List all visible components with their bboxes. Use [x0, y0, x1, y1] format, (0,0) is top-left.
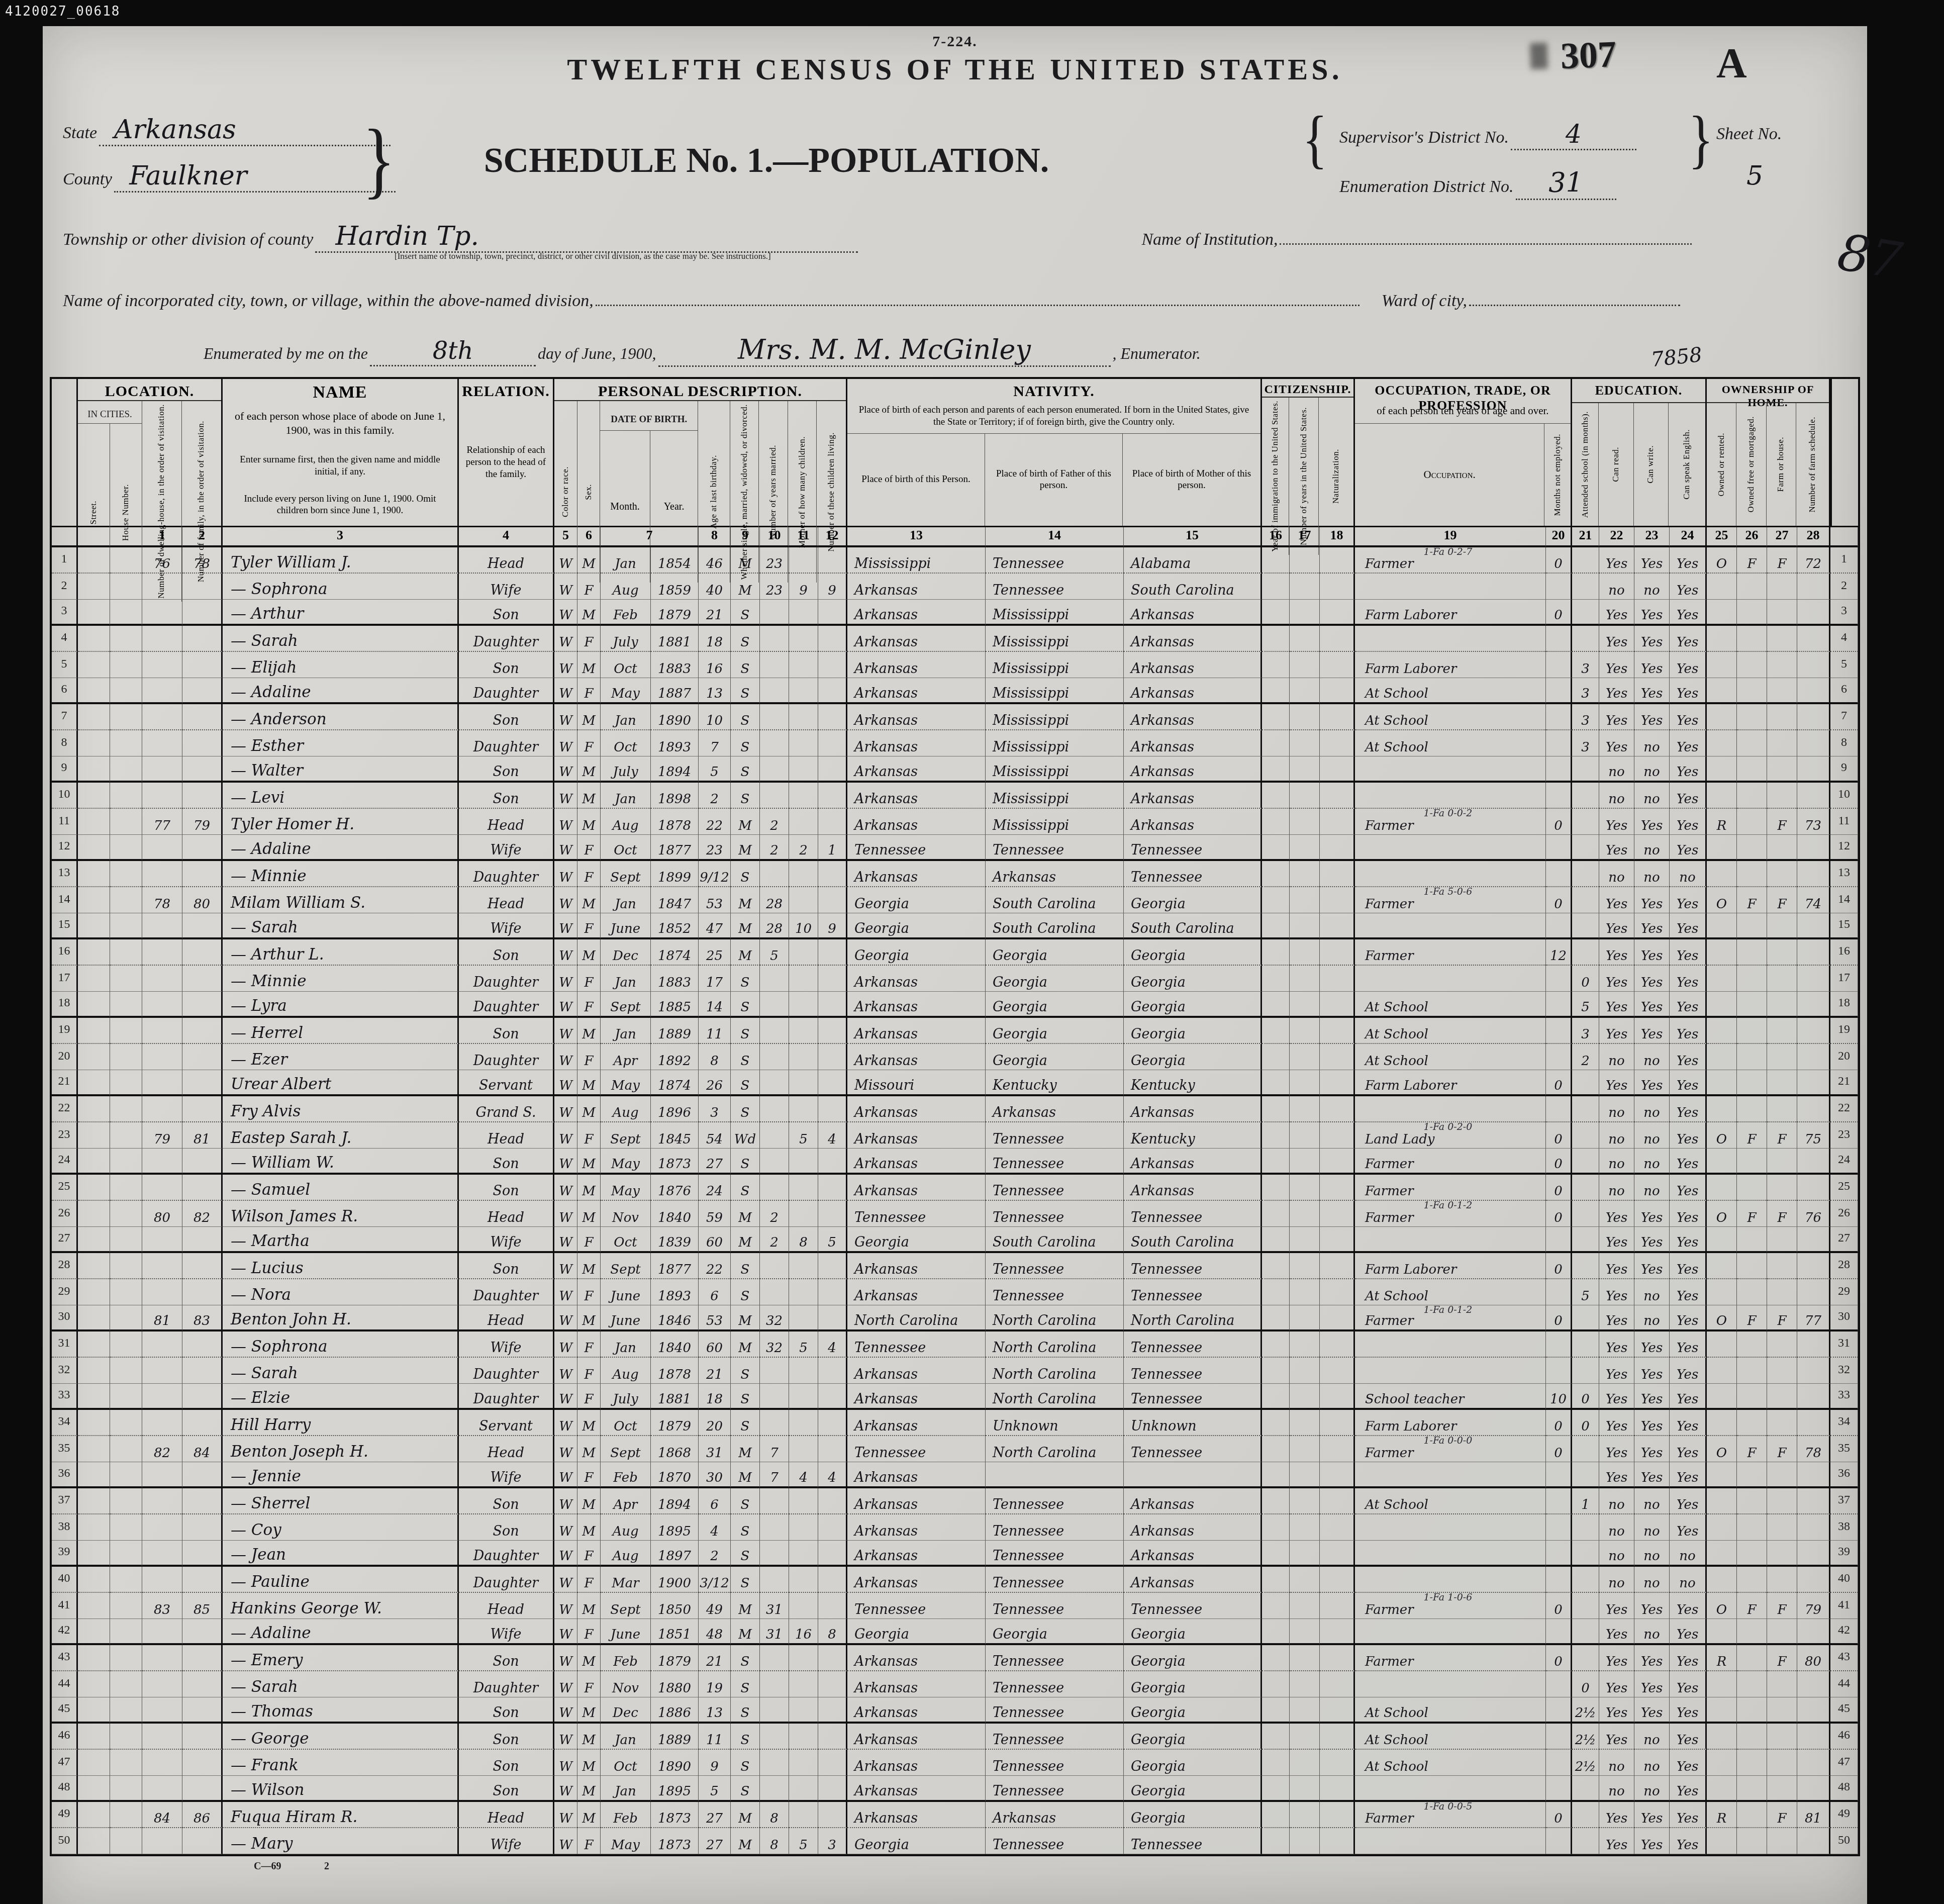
birthplace: Missouri	[847, 1070, 986, 1096]
mother-of-children	[789, 1567, 818, 1593]
person-name: — Sophrona	[223, 574, 459, 600]
can-speak-english: Yes	[1670, 756, 1707, 783]
family-number: 81	[182, 1122, 223, 1149]
form-number: 7-224.	[932, 33, 978, 50]
owned-free-or-mortgaged	[1737, 1828, 1767, 1854]
col-26-header: Owned free or mortgaged.	[1736, 403, 1766, 526]
col-13-header: Place of birth of this Person.	[847, 434, 985, 526]
street	[78, 1724, 110, 1750]
attended-school	[1572, 626, 1599, 652]
farm-schedule-label: Number of farm schedule.	[1807, 414, 1818, 515]
family-number	[182, 913, 223, 939]
owned-or-rented	[1707, 1776, 1737, 1802]
sex: M	[577, 1776, 601, 1802]
mother-birthplace: Georgia	[1124, 1750, 1262, 1776]
mother-birthplace: Arkansas	[1124, 783, 1262, 809]
person-name: — Sophrona	[223, 1331, 459, 1358]
group-citizenship-title: CITIZENSHIP.	[1262, 379, 1353, 397]
street	[78, 992, 110, 1018]
owned-or-rented	[1707, 574, 1737, 600]
line-number: 4	[1830, 626, 1858, 652]
can-speak-english: Yes	[1670, 730, 1707, 756]
person-name: — Nora	[223, 1279, 459, 1305]
farm-or-house	[1767, 1619, 1797, 1645]
column-number: 6	[577, 527, 601, 547]
sex: F	[577, 574, 601, 600]
attended-school: 5	[1572, 992, 1599, 1018]
dwelling-number: 83	[142, 1593, 182, 1619]
months-not-employed-label: Months not employed.	[1552, 431, 1563, 519]
city-value	[596, 305, 1359, 306]
color-race: W	[554, 1410, 577, 1436]
mother-of-children	[789, 1488, 818, 1514]
years-in-us	[1290, 1645, 1320, 1671]
farm-schedule-number: 76	[1797, 1201, 1830, 1227]
sex: M	[577, 1201, 601, 1227]
birth-year: 1868	[651, 1436, 699, 1462]
birth-month: Apr	[601, 1488, 651, 1514]
farm-schedule-number	[1797, 1096, 1830, 1122]
relation: Son	[459, 600, 554, 626]
marital-status: S	[731, 1149, 760, 1175]
naturalization	[1320, 1410, 1355, 1436]
marital-status: M	[731, 939, 760, 966]
line-number: 21	[52, 1070, 78, 1096]
column-blank	[78, 527, 110, 547]
line-number: 17	[1830, 966, 1858, 992]
owned-or-rented	[1707, 1227, 1737, 1253]
can-read: Yes	[1599, 1358, 1634, 1384]
line-number: 13	[1830, 861, 1858, 887]
can-speak-english: Yes	[1670, 1201, 1707, 1227]
marital-status: S	[731, 1645, 760, 1671]
naturalization	[1320, 835, 1355, 861]
relation: Daughter	[459, 1567, 554, 1593]
naturalization	[1320, 1149, 1355, 1175]
mother-of-children: 5	[789, 1828, 818, 1854]
birthplace: Arkansas	[847, 992, 986, 1018]
farm-or-house: F	[1767, 1645, 1797, 1671]
column-number: 7	[601, 527, 699, 547]
margin-handwritten-number: 87	[1834, 223, 1906, 291]
street	[78, 1096, 110, 1122]
can-write: Yes	[1634, 1384, 1670, 1410]
relation: Son	[459, 1018, 554, 1044]
years-in-us	[1290, 1358, 1320, 1384]
months-not-employed	[1546, 835, 1572, 861]
name-note-1: of each person whose place of abode on J…	[223, 402, 457, 439]
pob-person-label: Place of birth of this Person.	[861, 473, 970, 486]
dwelling-number	[142, 1462, 182, 1488]
age: 13	[699, 678, 731, 704]
dwelling-number	[142, 1044, 182, 1070]
birth-year: 1890	[651, 1750, 699, 1776]
can-speak-english: Yes	[1670, 704, 1707, 730]
street	[78, 939, 110, 966]
occupation	[1355, 1567, 1546, 1593]
birth-month: Jan	[601, 887, 651, 913]
age-label: Age at last birthday.	[709, 452, 719, 532]
occupation-text: At School	[1365, 1290, 1428, 1303]
years-married: 23	[760, 547, 789, 574]
mother-birthplace: Arkansas	[1124, 1514, 1262, 1541]
birth-month: Sept	[601, 861, 651, 887]
months-not-employed	[1546, 1044, 1572, 1070]
marital-status: S	[731, 652, 760, 678]
age: 7	[699, 730, 731, 756]
months-not-employed	[1546, 626, 1572, 652]
ward-value	[1469, 305, 1680, 306]
mother-birthplace: Tennessee	[1124, 835, 1262, 861]
owned-or-rented	[1707, 1671, 1737, 1697]
farm-or-house	[1767, 1567, 1797, 1593]
attended-school	[1572, 1227, 1599, 1253]
county-value: Faulkner	[114, 161, 396, 193]
family-number	[182, 835, 223, 861]
birth-month: Oct	[601, 730, 651, 756]
can-read: no	[1599, 783, 1634, 809]
street	[78, 1514, 110, 1541]
naturalization	[1320, 678, 1355, 704]
farm-or-house	[1767, 1096, 1797, 1122]
line-number: 42	[52, 1619, 78, 1645]
farm-or-house	[1767, 835, 1797, 861]
age: 23	[699, 835, 731, 861]
color-race: W	[554, 1305, 577, 1331]
birthplace: Arkansas	[847, 574, 986, 600]
relation: Daughter	[459, 626, 554, 652]
marital-status: M	[731, 1436, 760, 1462]
owned-free-or-mortgaged	[1737, 1541, 1767, 1567]
naturalization	[1320, 1253, 1355, 1279]
children-living	[818, 861, 847, 887]
father-birthplace: North Carolina	[986, 1384, 1124, 1410]
street	[78, 1776, 110, 1802]
naturalization	[1320, 1567, 1355, 1593]
family-number	[182, 1645, 223, 1671]
sheet-side-letter: A	[1716, 39, 1747, 88]
immigration-year	[1262, 1514, 1290, 1541]
mother-of-children: 16	[789, 1619, 818, 1645]
farm-schedule-number	[1797, 1410, 1830, 1436]
immigration-year	[1262, 678, 1290, 704]
line-number: 50	[1830, 1828, 1858, 1854]
can-speak-english: Yes	[1670, 783, 1707, 809]
person-name: Fuqua Hiram R.	[223, 1802, 459, 1828]
occupation: 1-Fa 0-0-5Farmer	[1355, 1802, 1546, 1828]
can-speak-english: Yes	[1670, 1044, 1707, 1070]
occupation-text: Farm Laborer	[1365, 1079, 1456, 1092]
years-married-label: Number of years married.	[768, 442, 779, 542]
line-number	[52, 527, 78, 547]
street	[78, 966, 110, 992]
street	[78, 1410, 110, 1436]
birth-year: 1879	[651, 1645, 699, 1671]
printer-mark-2: 2	[324, 1861, 329, 1872]
family-number	[182, 756, 223, 783]
age: 49	[699, 1593, 731, 1619]
line-number: 24	[1830, 1149, 1858, 1175]
family-number: 82	[182, 1201, 223, 1227]
relation: Son	[459, 652, 554, 678]
dwelling-number	[142, 1828, 182, 1854]
owned-or-rented: O	[1707, 1436, 1737, 1462]
relation: Daughter	[459, 678, 554, 704]
family-number: 86	[182, 1802, 223, 1828]
mother-birthplace: Kentucky	[1124, 1070, 1262, 1096]
owned-free-or-mortgaged: F	[1737, 1593, 1767, 1619]
relation: Wife	[459, 835, 554, 861]
farm-or-house	[1767, 1671, 1797, 1697]
months-not-employed	[1546, 913, 1572, 939]
age: 21	[699, 1645, 731, 1671]
occupation-text: Farmer	[1365, 1211, 1414, 1224]
birthplace: Arkansas	[847, 1671, 986, 1697]
mother-birthplace: Georgia	[1124, 1619, 1262, 1645]
father-birthplace: North Carolina	[986, 1305, 1124, 1331]
house-number	[110, 1279, 142, 1305]
mother-birthplace: Arkansas	[1124, 1567, 1262, 1593]
years-in-us	[1290, 730, 1320, 756]
line-number: 47	[52, 1750, 78, 1776]
supervisor-label: Supervisor's District No.	[1339, 128, 1509, 147]
street	[78, 1671, 110, 1697]
can-write: no	[1634, 1541, 1670, 1567]
sex: F	[577, 992, 601, 1018]
mother-birthplace: Georgia	[1124, 1671, 1262, 1697]
house-number	[110, 913, 142, 939]
owned-or-rented: O	[1707, 1201, 1737, 1227]
family-number	[182, 966, 223, 992]
months-not-employed	[1546, 992, 1572, 1018]
occupation: 1-Fa 0-1-2Farmer	[1355, 1201, 1546, 1227]
mother-birthplace: Georgia	[1124, 992, 1262, 1018]
months-not-employed	[1546, 1541, 1572, 1567]
birth-month: July	[601, 756, 651, 783]
farm-or-house	[1767, 1358, 1797, 1384]
birthplace: Arkansas	[847, 652, 986, 678]
naturalization	[1320, 1331, 1355, 1358]
occupation-text: Farmer	[1365, 1603, 1414, 1616]
person-name: — Mary	[223, 1828, 459, 1854]
age: 16	[699, 652, 731, 678]
farm-schedule-number	[1797, 1750, 1830, 1776]
can-read: Yes	[1599, 1331, 1634, 1358]
farm-schedule-number: 80	[1797, 1645, 1830, 1671]
age: 11	[699, 1724, 731, 1750]
occupation	[1355, 574, 1546, 600]
can-speak-english: Yes	[1670, 1175, 1707, 1201]
occupation-text: Land Lady	[1365, 1133, 1435, 1146]
dwelling-number: 81	[142, 1305, 182, 1331]
dwelling-number	[142, 730, 182, 756]
relation: Head	[459, 887, 554, 913]
color-race: W	[554, 1122, 577, 1149]
farm-schedule-number	[1797, 1253, 1830, 1279]
attended-school	[1572, 1096, 1599, 1122]
immigration-year	[1262, 1096, 1290, 1122]
age: 40	[699, 574, 731, 600]
house-number	[110, 1802, 142, 1828]
can-write: no	[1634, 1096, 1670, 1122]
left-brace: }	[362, 111, 395, 209]
birthplace: Tennessee	[847, 1593, 986, 1619]
birthplace: Arkansas	[847, 1175, 986, 1201]
line-number-column-header	[52, 379, 78, 526]
farm-or-house	[1767, 1514, 1797, 1541]
pob-father-label: Place of birth of Father of this person.	[990, 468, 1117, 492]
line-number: 48	[52, 1776, 78, 1802]
person-name: Fry Alvis	[223, 1096, 459, 1122]
can-speak-english: Yes	[1670, 1410, 1707, 1436]
farm-schedule-number	[1797, 1724, 1830, 1750]
years-married	[760, 1541, 789, 1567]
immigration-year	[1262, 1331, 1290, 1358]
immigration-year	[1262, 1724, 1290, 1750]
months-not-employed	[1546, 652, 1572, 678]
birthplace: Tennessee	[847, 1331, 986, 1358]
can-speak-english: Yes	[1670, 1096, 1707, 1122]
birthplace: Arkansas	[847, 1488, 986, 1514]
can-speak-english: Yes	[1670, 992, 1707, 1018]
can-read: Yes	[1599, 887, 1634, 913]
attended-school	[1572, 861, 1599, 887]
column-number: 23	[1634, 527, 1670, 547]
marital-status: M	[731, 913, 760, 939]
farm-or-house	[1767, 1488, 1797, 1514]
years-in-us	[1290, 1122, 1320, 1149]
col-24-header: Can speak English.	[1669, 403, 1705, 526]
owned-free-or-mortgaged	[1737, 1384, 1767, 1410]
line-number: 13	[52, 861, 78, 887]
person-name: — Sarah	[223, 1358, 459, 1384]
birth-year: 1878	[651, 809, 699, 835]
attended-school: 3	[1572, 730, 1599, 756]
owned-or-rented	[1707, 835, 1737, 861]
occupation: 1-Fa 0-2-7Farmer	[1355, 547, 1546, 574]
owned-or-rented	[1707, 1828, 1737, 1854]
years-in-us	[1290, 1044, 1320, 1070]
owned-free-mortgaged-label: Owned free or mortgaged.	[1746, 413, 1757, 515]
farm-or-house	[1767, 992, 1797, 1018]
owned-or-rented	[1707, 1541, 1737, 1567]
house-number	[110, 600, 142, 626]
can-speak-english: Yes	[1670, 835, 1707, 861]
father-birthplace: Tennessee	[986, 1645, 1124, 1671]
farm-schedule-number	[1797, 966, 1830, 992]
age: 18	[699, 626, 731, 652]
mother-birthplace: Arkansas	[1124, 1149, 1262, 1175]
color-race: W	[554, 1776, 577, 1802]
birth-year: 1885	[651, 992, 699, 1018]
birth-year: 1881	[651, 1384, 699, 1410]
line-number: 1	[1830, 547, 1858, 574]
line-number: 2	[52, 574, 78, 600]
can-write: Yes	[1634, 652, 1670, 678]
relation: Head	[459, 547, 554, 574]
children-living: 9	[818, 574, 847, 600]
father-birthplace: Tennessee	[986, 1750, 1124, 1776]
immigration-year	[1262, 1018, 1290, 1044]
years-in-us	[1290, 1305, 1320, 1331]
marital-status: Wd	[731, 1122, 760, 1149]
years-married	[760, 783, 789, 809]
father-birthplace: Mississippi	[986, 678, 1124, 704]
age: 22	[699, 1253, 731, 1279]
line-number: 11	[52, 809, 78, 835]
can-read: no	[1599, 1541, 1634, 1567]
marital-status: S	[731, 1358, 760, 1384]
can-read: no	[1599, 1776, 1634, 1802]
mother-of-children	[789, 939, 818, 966]
relation: Daughter	[459, 730, 554, 756]
family-number	[182, 1149, 223, 1175]
can-read: no	[1599, 861, 1634, 887]
birth-month: Nov	[601, 1201, 651, 1227]
group-citizenship: CITIZENSHIP. Year of immigration to the …	[1262, 379, 1355, 526]
can-speak-english-label: Can speak English.	[1682, 426, 1692, 503]
birthplace: Arkansas	[847, 1384, 986, 1410]
farm-schedule-number: 74	[1797, 887, 1830, 913]
line-number: 11	[1830, 809, 1858, 835]
farm-schedule-number: 79	[1797, 1593, 1830, 1619]
occupation-text: At School	[1365, 1760, 1428, 1773]
farm-or-house	[1767, 678, 1797, 704]
birth-year: 1897	[651, 1541, 699, 1567]
line-number: 36	[1830, 1462, 1858, 1488]
can-write: no	[1634, 1567, 1670, 1593]
mother-of-children	[789, 547, 818, 574]
can-write: no	[1634, 835, 1670, 861]
occupation: At School	[1355, 1044, 1546, 1070]
farm-schedule-number	[1797, 626, 1830, 652]
children-living	[818, 1724, 847, 1750]
birth-year: 1874	[651, 1070, 699, 1096]
mother-children-label: Mother of how many children.	[797, 433, 808, 551]
years-married: 8	[760, 1802, 789, 1828]
father-birthplace: Arkansas	[986, 1096, 1124, 1122]
relation: Son	[459, 1514, 554, 1541]
attended-school: 0	[1572, 1410, 1599, 1436]
months-not-employed	[1546, 1776, 1572, 1802]
father-birthplace: Arkansas	[986, 1802, 1124, 1828]
color-race-label: Color or race.	[560, 463, 571, 520]
years-married	[760, 966, 789, 992]
person-name: Tyler Homer H.	[223, 809, 459, 835]
column-number: 14	[986, 527, 1124, 547]
group-name: NAME of each person whose place of abode…	[223, 379, 459, 526]
mother-of-children	[789, 1776, 818, 1802]
can-write: Yes	[1634, 1697, 1670, 1724]
family-number	[182, 1018, 223, 1044]
street	[78, 1018, 110, 1044]
years-married	[760, 992, 789, 1018]
family-number: 85	[182, 1593, 223, 1619]
family-number	[182, 1514, 223, 1541]
can-write: no	[1634, 1750, 1670, 1776]
house-number	[110, 1410, 142, 1436]
can-speak-english: Yes	[1670, 547, 1707, 574]
father-birthplace: Georgia	[986, 1018, 1124, 1044]
months-not-employed: 0	[1546, 1410, 1572, 1436]
house-number	[110, 887, 142, 913]
occupation	[1355, 835, 1546, 861]
color-race: W	[554, 1044, 577, 1070]
sex: F	[577, 1567, 601, 1593]
street	[78, 1279, 110, 1305]
can-speak-english: Yes	[1670, 1802, 1707, 1828]
sex: M	[577, 600, 601, 626]
